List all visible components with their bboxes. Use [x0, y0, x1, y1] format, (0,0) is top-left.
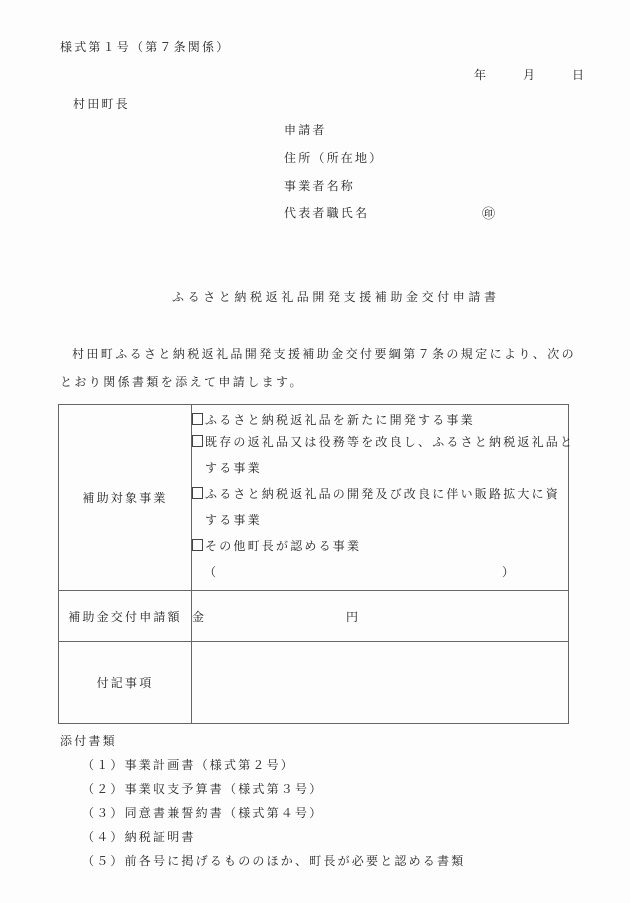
addressee: 村田町長 [73, 95, 130, 112]
date-year-label: 年 [474, 66, 486, 83]
checkbox[interactable] [192, 413, 203, 425]
date-day-label: 日 [572, 66, 584, 83]
option-new-development[interactable]: ふるさと納税返礼品を新たに開発する事業 [192, 410, 568, 432]
checkbox[interactable] [192, 435, 203, 447]
seal-mark-icon: ㊞ [482, 203, 495, 222]
notes-field[interactable] [192, 642, 569, 724]
body-paragraph: 村田町ふるさと納税返礼品開発支援補助金交付要綱第７条の規定により、次のとおり関係… [60, 340, 580, 396]
amount-label: 補助金交付申請額 [59, 591, 192, 642]
date-row: 年 月 日 [474, 66, 584, 83]
notes-label: 付記事項 [59, 642, 192, 724]
attachment-item: （２）事業収支予算書（様式第３号） [82, 780, 323, 797]
attachment-item: （１）事業計画書（様式第２号） [82, 756, 295, 773]
paren-open: （ [204, 562, 216, 588]
application-table: 補助対象事業 ふるさと納税返礼品を新たに開発する事業 既存の返礼品又は役務等を改… [58, 404, 569, 724]
option-improvement-cont: する事業 [192, 458, 568, 484]
representative-label: 代表者職氏名 [284, 204, 369, 221]
checkbox[interactable] [192, 539, 203, 551]
checkbox[interactable] [192, 487, 203, 499]
applicant-address-label: 住所（所在地） [284, 149, 383, 166]
form-number: 様式第１号（第７条関係） [60, 38, 230, 55]
amount-prefix: 金 [192, 608, 206, 625]
attachment-item: （４）納税証明書 [82, 828, 196, 845]
other-detail-field[interactable]: （ ） [192, 562, 514, 588]
date-month-label: 月 [523, 66, 535, 83]
document-title: ふるさと納税返礼品開発支援補助金交付申請書 [172, 288, 500, 305]
amount-field[interactable]: 金 円 [192, 591, 569, 642]
attachment-item: （５）前各号に掲げるもののほか、町長が必要と認める書類 [82, 852, 465, 869]
option-other[interactable]: その他町長が認める事業 [192, 536, 568, 562]
target-project-label: 補助対象事業 [59, 405, 192, 591]
option-improvement[interactable]: 既存の返礼品又は役務等を改良し、ふるさと納税返礼品と [192, 432, 568, 458]
applicant-label: 申請者 [284, 121, 327, 138]
table-row-target-project: 補助対象事業 ふるさと納税返礼品を新たに開発する事業 既存の返礼品又は役務等を改… [59, 405, 569, 591]
table-row-notes: 付記事項 [59, 642, 569, 724]
option-sales-expansion[interactable]: ふるさと納税返礼品の開発及び改良に伴い販路拡大に資 [192, 484, 568, 510]
target-project-options: ふるさと納税返礼品を新たに開発する事業 既存の返礼品又は役務等を改良し、ふるさと… [192, 405, 569, 591]
attachments-title: 添付書類 [60, 732, 117, 749]
attachment-item: （３）同意書兼誓約書（様式第４号） [82, 804, 323, 821]
body-text: 村田町ふるさと納税返礼品開発支援補助金交付要綱第７条の規定により、次のとおり関係… [60, 347, 576, 389]
business-name-label: 事業者名称 [284, 177, 355, 194]
option-sales-expansion-cont: する事業 [192, 510, 568, 536]
amount-suffix: 円 [346, 608, 360, 625]
paren-close: ） [502, 562, 514, 588]
table-row-amount: 補助金交付申請額 金 円 [59, 591, 569, 642]
